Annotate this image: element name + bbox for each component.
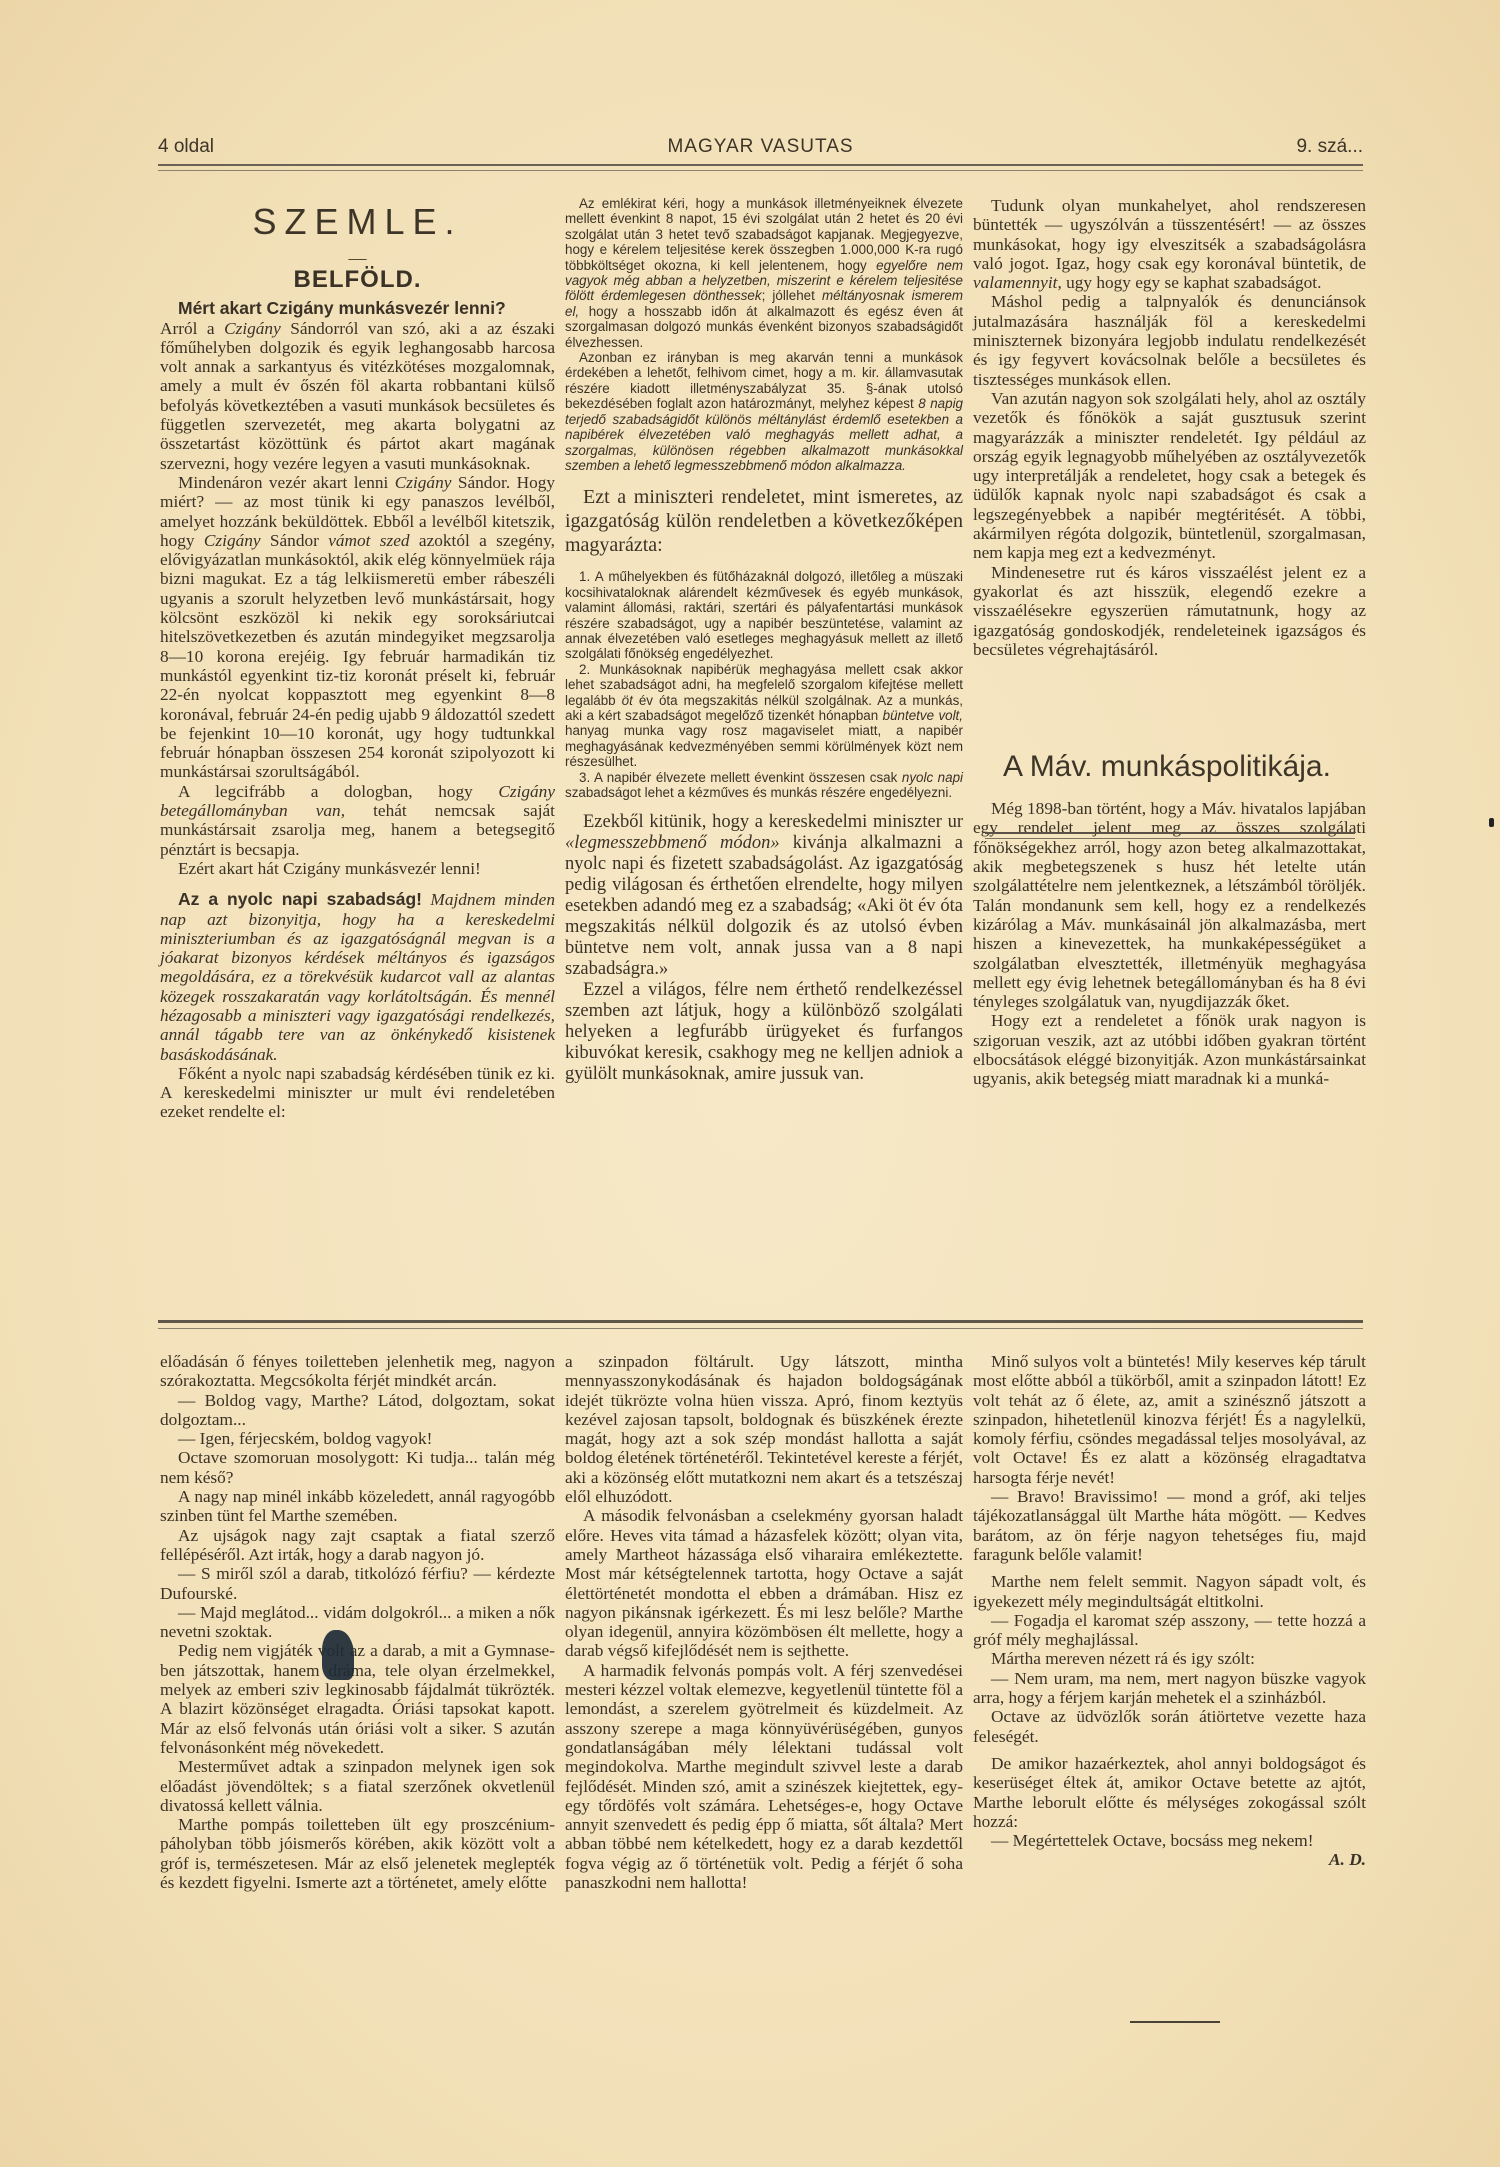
upper-column-2: Az emlékirat kéri, hogy a munkások illet… [565, 196, 963, 1085]
paragraph: — Fogadja el karomat szép asszony, — tet… [973, 1611, 1366, 1650]
section-subtitle-belfold: BELFÖLD. [160, 270, 555, 289]
paragraph: Octave szomoruan mosolygott: Ki tudja...… [160, 1448, 555, 1487]
paragraph: Mesterművet adtak a szinpadon melynek ig… [160, 1757, 555, 1815]
margin-mark [1489, 818, 1494, 827]
paragraph: Ezt a miniszteri rendeletet, mint ismere… [565, 485, 963, 557]
upper-column-3: Tudunk olyan munkahelyet, ahol rendszere… [973, 196, 1366, 1089]
paragraph: Octave az üdvözlők során átiörtetve veze… [973, 1707, 1366, 1746]
paragraph: Mártha mereven nézett rá és igy szólt: [973, 1649, 1366, 1668]
paragraph: Ezekből kitünik, hogy a kereskedelmi min… [565, 812, 963, 980]
feuilleton-separator [158, 1320, 1363, 1329]
paragraph: Tudunk olyan munkahelyet, ahol rendszere… [973, 196, 1366, 292]
paragraph: Ezért akart hát Czigány munkásvezér lenn… [160, 859, 555, 878]
paragraph: Marthe pompás toiletteben ült egy proszc… [160, 1815, 555, 1892]
quoted-decree: Az emlékirat kéri, hogy a munkások illet… [565, 196, 963, 473]
paragraph: — Majd meglátod... vidám dolgokról... a … [160, 1603, 555, 1642]
paragraph: Az a nyolc napi szabadság! Majdnem minde… [160, 890, 555, 1064]
paragraph: Van azután nagyon sok szolgálati hely, a… [973, 389, 1366, 563]
paragraph: Az emlékirat kéri, hogy a munkások illet… [565, 196, 963, 350]
paragraph: Főként a nyolc napi szabadság kérdésében… [160, 1064, 555, 1122]
paragraph: — Nem uram, ma nem, mert nagyon büszke v… [973, 1669, 1366, 1708]
article-heading: Mért akart Czigány munkásvezér lenni? [160, 299, 555, 318]
paragraph: Marthe nem felelt semmit. Nagyon sápadt … [973, 1572, 1366, 1611]
paragraph: Még 1898-ban történt, hogy a Máv. hivata… [973, 799, 1366, 1011]
paragraph: Mindenesetre rut és káros visszaélést je… [973, 563, 1366, 659]
paragraph: — Megértettelek Octave, bocsáss meg neke… [973, 1831, 1366, 1850]
paragraph: Máshol pedig a talpnyalók és denunciánso… [973, 292, 1366, 388]
issue-number: 9. szá... [1296, 136, 1363, 158]
article-divider [985, 832, 1355, 839]
newspaper-page: 4 oldal MAGYAR VASUTAS 9. szá... SZEMLE.… [0, 0, 1500, 2167]
rule-item: 2. Munkásoknak napibérük meghagyása mell… [565, 662, 963, 770]
paragraph: De amikor hazaérkeztek, ahol annyi boldo… [973, 1754, 1366, 1831]
paragraph: A nagy nap minél inkább közeledett, anná… [160, 1487, 555, 1526]
article-heading: Az a nyolc napi szabadság! [178, 889, 422, 909]
paragraph: Ezzel a világos, félre nem érthető rende… [565, 980, 963, 1085]
paragraph: előadásán ő fényes toiletteben jelenheti… [160, 1352, 555, 1391]
paragraph: A második felvonásban a cselekmény gyors… [565, 1506, 963, 1660]
paragraph: Arról a Czigány Sándorról van szó, aki a… [160, 319, 555, 473]
rule-item: 3. A napibér élvezete mellett évenkint ö… [565, 770, 963, 801]
directorate-rules: 1. A műhelyekben és fütőházaknál dolgozó… [565, 569, 963, 800]
paragraph: Minő sulyos volt a büntetés! Mily keserv… [973, 1352, 1366, 1487]
paragraph: — Igen, férjecském, boldog vagyok! [160, 1429, 555, 1448]
page-header: 4 oldal MAGYAR VASUTAS 9. szá... [158, 136, 1363, 166]
paragraph: Azonban ez irányban is meg akarván tenni… [565, 350, 963, 473]
author-signature: A. D. [1311, 1850, 1366, 1869]
paragraph: Hogy ezt a rendeletet a főnök urak nagyo… [973, 1011, 1366, 1088]
paragraph: — Bravo! Bravissimo! — mond a gróf, aki … [973, 1487, 1366, 1564]
header-rule [158, 164, 1363, 171]
ink-blot-mark [322, 1630, 354, 1680]
paragraph: a szinpadon föltárult. Ugy látszott, min… [565, 1352, 963, 1506]
paragraph: A legcifrább a dologban, hogy Czigány be… [160, 782, 555, 859]
title-dash: — [160, 250, 555, 266]
newspaper-title: MAGYAR VASUTAS [158, 136, 1363, 158]
paragraph: Mindenáron vezér akart lenni Czigány Sán… [160, 473, 555, 782]
rule-item: 1. A műhelyekben és fütőházaknál dolgozó… [565, 569, 963, 661]
paragraph: Pedig nem vigjáték volt az a darab, a mi… [160, 1641, 555, 1757]
feuilleton-column-1: előadásán ő fényes toiletteben jelenheti… [160, 1352, 555, 1892]
feuilleton-column-2: a szinpadon föltárult. Ugy látszott, min… [565, 1352, 963, 1892]
paragraph: A harmadik felvonás pompás volt. A férj … [565, 1661, 963, 1893]
end-rule [1130, 2021, 1220, 2023]
section-title-szemle: SZEMLE. [160, 202, 555, 242]
upper-column-1: SZEMLE. — BELFÖLD. Mért akart Czigány mu… [160, 196, 555, 1122]
paragraph: Az ujságok nagy zajt csaptak a fiatal sz… [160, 1526, 555, 1565]
paragraph: — S miről szól a darab, titkolózó férfiu… [160, 1564, 555, 1603]
mav-article-title: A Máv. munkáspolitikája. [1003, 749, 1366, 785]
paragraph: — Boldog vagy, Marthe? Látod, dolgoztam,… [160, 1391, 555, 1430]
feuilleton-column-3: Minő sulyos volt a büntetés! Mily keserv… [973, 1352, 1366, 1870]
